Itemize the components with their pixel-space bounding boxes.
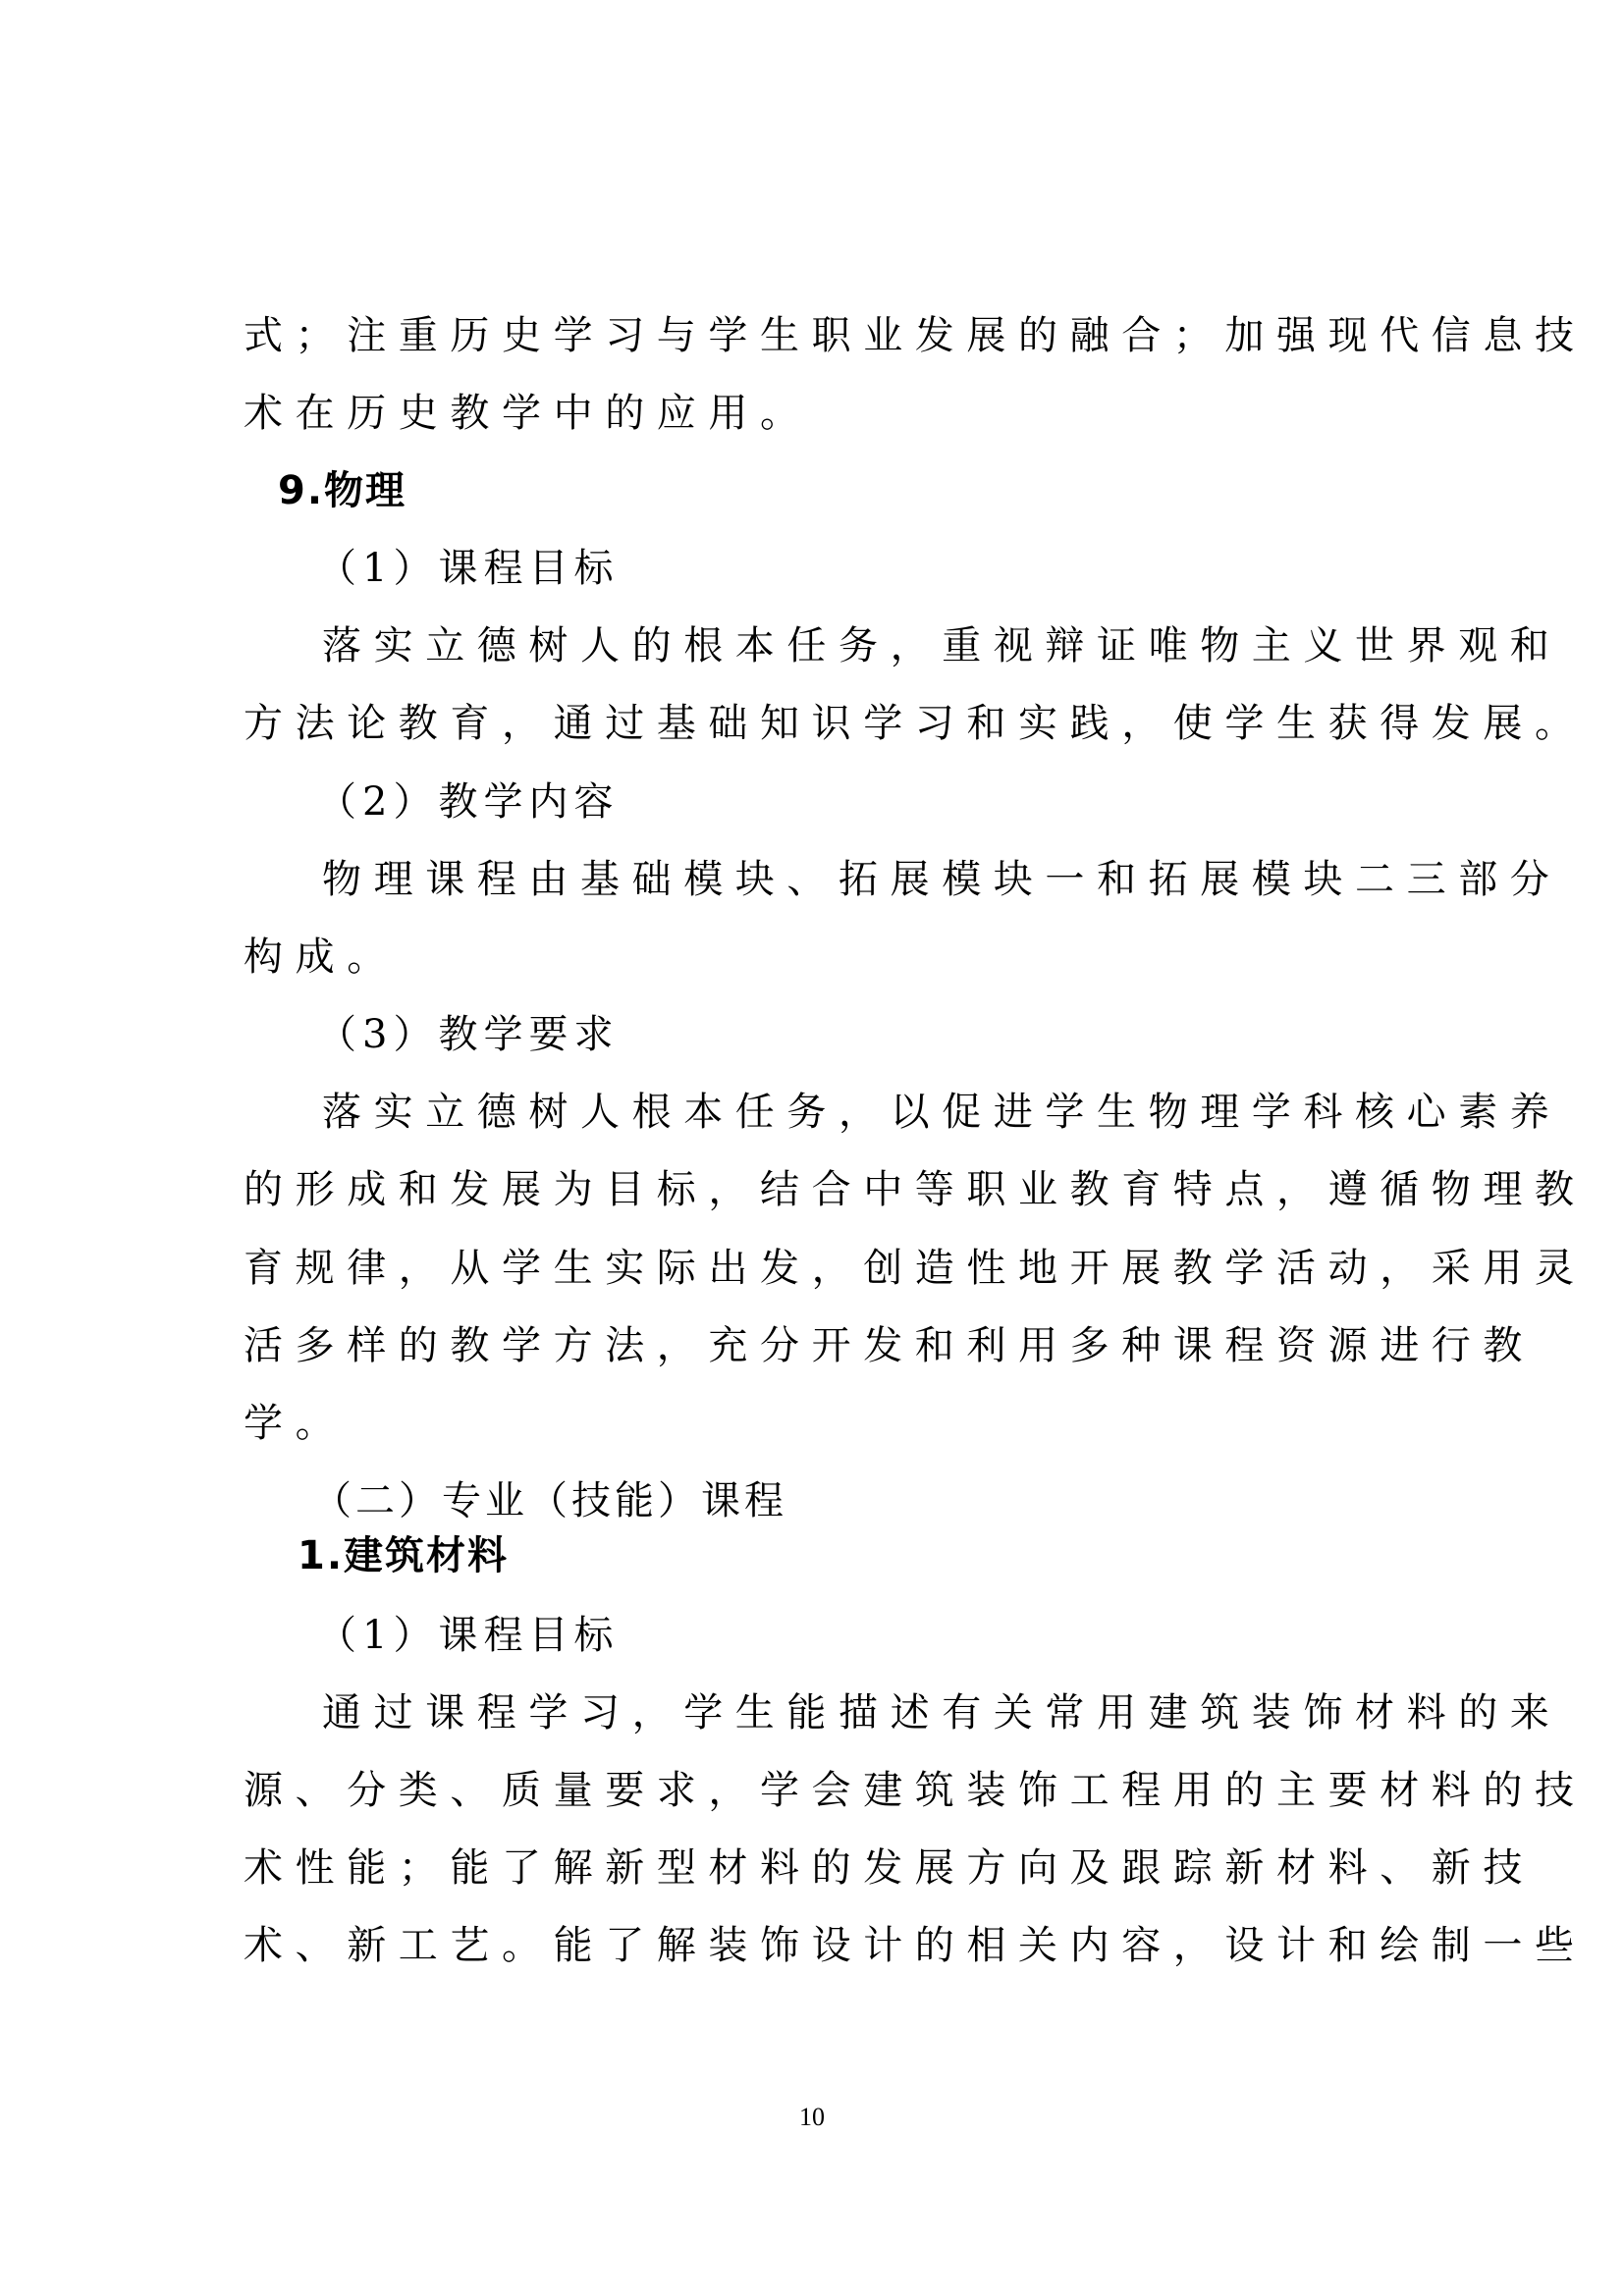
body-line: 活多样的教学方法，充分开发和利用多种课程资源进行教	[244, 1324, 1535, 1367]
body-line: 落实立德树人根本任务，以促进学生物理学科核心素养	[322, 1091, 1561, 1134]
body-line: 源、分类、质量要求，学会建筑装饰工程用的主要材料的技	[244, 1769, 1587, 1812]
body-line: 术性能；能了解新型材料的发展方向及跟踪新材料、新技	[244, 1846, 1535, 1890]
subheading-course-objectives: （1）课程目标	[317, 1614, 619, 1657]
subheading-teaching-requirements: （3）教学要求	[317, 1013, 619, 1056]
body-line: 式；注重历史学习与学生职业发展的融合；加强现代信息技	[244, 314, 1587, 357]
subheading-teaching-content: （2）教学内容	[317, 780, 619, 824]
heading-building-materials: 1.建筑材料	[298, 1534, 509, 1577]
heading-physics: 9.物理	[278, 469, 406, 512]
section-heading-professional-courses: （二）专业（技能）课程	[312, 1479, 787, 1522]
body-line: 物理课程由基础模块、拓展模块一和拓展模块二三部分	[322, 858, 1561, 901]
body-line: 通过课程学习，学生能描述有关常用建筑装饰材料的来	[322, 1691, 1561, 1735]
body-line: 的形成和发展为目标，结合中等职业教育特点，遵循物理教	[244, 1168, 1587, 1211]
body-line: 学。	[244, 1402, 347, 1445]
body-line: 方法论教育，通过基础知识学习和实践，使学生获得发展。	[244, 702, 1587, 745]
body-line: 术在历史教学中的应用。	[244, 392, 812, 435]
page-number: 10	[0, 2103, 1624, 2132]
subheading-course-objectives: （1）课程目标	[317, 547, 619, 590]
body-line: 构成。	[244, 935, 399, 979]
document-page: 式；注重历史学习与学生职业发展的融合；加强现代信息技 术在历史教学中的应用。 9…	[0, 0, 1624, 2296]
body-line: 落实立德树人的根本任务，重视辩证唯物主义世界观和	[322, 624, 1561, 667]
body-line: 术、新工艺。能了解装饰设计的相关内容，设计和绘制一些	[244, 1924, 1587, 1967]
body-line: 育规律，从学生实际出发，创造性地开展教学活动，采用灵	[244, 1247, 1587, 1290]
